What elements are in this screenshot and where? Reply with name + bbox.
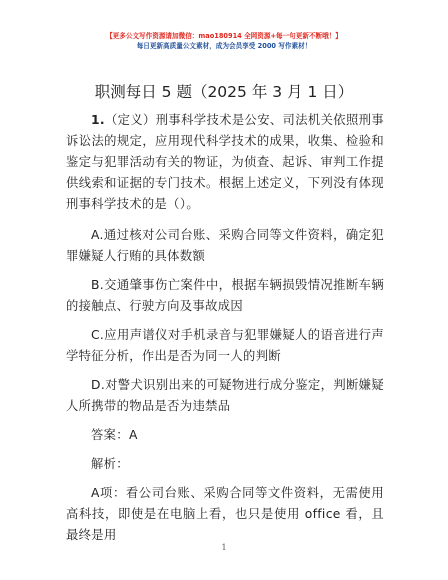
option-a-key: A. (91, 228, 104, 242)
option-c: C.应用声谱仪对手机录音与犯罪嫌疑人的语音进行声学特征分析，作出是否为同一人的判… (66, 325, 384, 367)
promo-banner-line-2: 每日更新高质量公文素材，成为会员享受 2000 写作素材！ (0, 41, 448, 51)
option-d: D.对警犬识别出来的可疑物进行成分鉴定，判断嫌疑人所携带的物品是否为违禁品 (66, 375, 384, 417)
question-content: 1.（定义）刑事科学技术是公安、司法机关依照刑事诉讼法的规定，应用现代科学技术的… (66, 110, 384, 554)
document-page: 【更多公文写作资源请加微信：mao180914 全网资源+每一句更新不断哦！】 … (0, 0, 448, 580)
question-number: 1. (91, 113, 105, 127)
option-d-text: 对警犬识别出来的可疑物进行成分鉴定，判断嫌疑人所携带的物品是否为违禁品 (66, 378, 384, 413)
answer-value: A (129, 428, 138, 442)
option-a-text: 通过核对公司台账、采购合同等文件资料，确定犯罪嫌疑人行贿的具体数额 (66, 228, 384, 263)
analysis-lead: A (91, 486, 100, 500)
option-b-key: B. (91, 278, 104, 292)
option-a: A.通过核对公司台账、采购合同等文件资料，确定犯罪嫌疑人行贿的具体数额 (66, 225, 384, 267)
option-c-text: 应用声谱仪对手机录音与犯罪嫌疑人的语音进行声学特征分析，作出是否为同一人的判断 (66, 328, 384, 363)
document-title: 职测每日 5 题（2025 年 3 月 1 日） (0, 81, 448, 103)
analysis-office-term: office (305, 507, 341, 521)
answer-line: 答案：A (66, 425, 384, 446)
analysis-paragraph: A项：看公司台账、采购合同等文件资料，无需使用高科技，即使是在电脑上看，也只是使… (66, 483, 384, 546)
question-stem: 1.（定义）刑事科学技术是公安、司法机关依照刑事诉讼法的规定，应用现代科学技术的… (66, 110, 384, 215)
option-c-key: C. (91, 328, 104, 342)
page-number: 1 (0, 543, 448, 552)
answer-label: 答案： (91, 428, 129, 442)
analysis-label: 解析： (66, 454, 384, 475)
option-b: B.交通肇事伤亡案件中，根据车辆损毁情况推断车辆的接触点、行驶方向及事故成因 (66, 275, 384, 317)
question-stem-text: （定义）刑事科学技术是公安、司法机关依照刑事诉讼法的规定，应用现代科学技术的成果… (66, 113, 384, 211)
option-b-text: 交通肇事伤亡案件中，根据车辆损毁情况推断车辆的接触点、行驶方向及事故成因 (66, 278, 384, 313)
promo-banner-line-1: 【更多公文写作资源请加微信：mao180914 全网资源+每一句更新不断哦！】 (0, 31, 448, 41)
option-d-key: D. (91, 378, 105, 392)
